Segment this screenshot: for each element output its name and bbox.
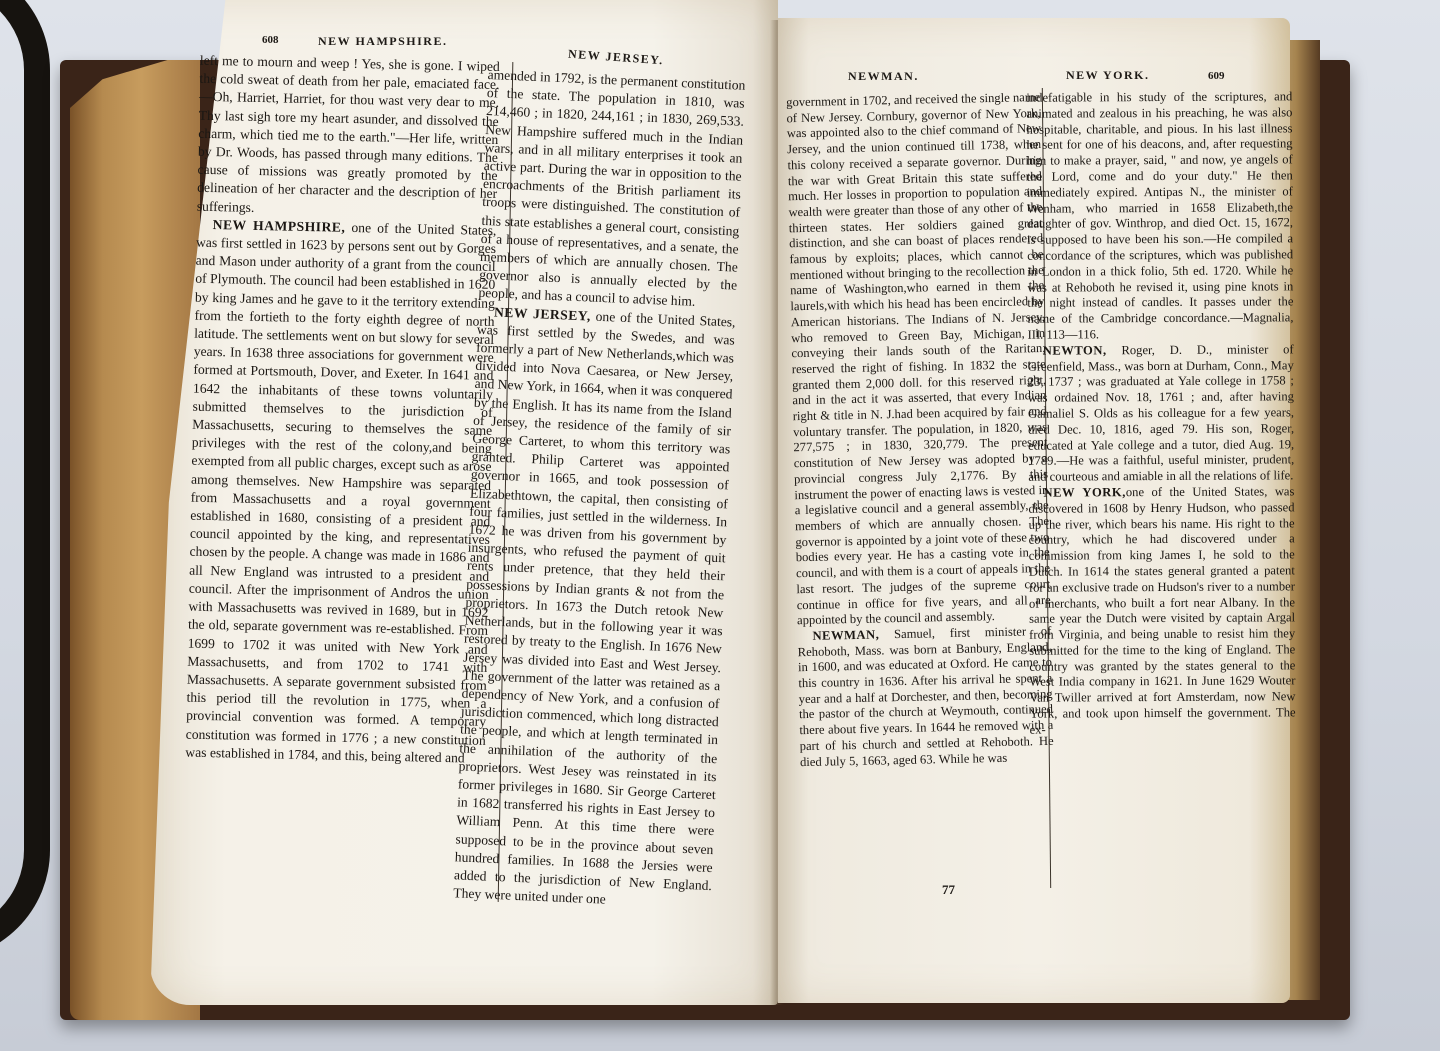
entry-body: one of the United States, was first sett…: [185, 220, 496, 766]
column-continuation-text: left me to mourn and weep ! Yes, she is …: [197, 52, 500, 222]
entry-body: Samuel, first minister of Rehoboth, Mass…: [798, 624, 1054, 769]
entry-heading: NEW JERSEY,: [494, 304, 591, 323]
entry-new-hampshire: NEW HAMPSHIRE, one of the United States,…: [185, 216, 496, 768]
dark-strap-background: [0, 0, 50, 960]
left-page-column-2: amended in 1792, is the permanent consti…: [453, 66, 746, 913]
column-continuation-text: indefatigable in his study of the script…: [1026, 89, 1293, 343]
page-number-right: 609: [1208, 70, 1225, 82]
entry-newman: NEWMAN, Samuel, first minister of Rehobo…: [797, 624, 1054, 771]
entry-heading: NEW HAMPSHIRE,: [213, 217, 346, 235]
page-number-left: 608: [262, 34, 279, 46]
running-head-newman: NEWMAN.: [848, 69, 919, 84]
right-page-column-1: government in 1702, and received the sin…: [786, 90, 1054, 770]
column-continuation-text: amended in 1792, is the permanent consti…: [478, 66, 746, 313]
entry-body: Roger, D. D., minister of Greenfield, Ma…: [1028, 342, 1295, 484]
entry-new-jersey: NEW JERSEY, one of the United States, wa…: [453, 302, 736, 913]
signature-mark: 77: [942, 882, 955, 898]
running-head-new-york: NEW YORK.: [1066, 68, 1150, 83]
entry-new-york: NEW YORK,one of the United States, was d…: [1028, 484, 1295, 738]
entry-body: one of the United States, was discovered…: [1028, 484, 1295, 736]
left-page-column-1: left me to mourn and weep ! Yes, she is …: [185, 52, 500, 768]
entry-heading: NEWTON,: [1043, 343, 1107, 357]
entry-newton: NEWTON, Roger, D. D., minister of Greenf…: [1028, 342, 1295, 486]
entry-heading: NEW YORK,: [1043, 485, 1125, 499]
entry-body: one of the United States, was first sett…: [453, 308, 736, 907]
entry-heading: NEWMAN,: [812, 627, 879, 642]
column-continuation-text: government in 1702, and received the sin…: [786, 90, 1051, 629]
right-page-column-2: indefatigable in his study of the script…: [1026, 89, 1295, 738]
running-head-new-hampshire: NEW HAMPSHIRE.: [318, 34, 447, 49]
